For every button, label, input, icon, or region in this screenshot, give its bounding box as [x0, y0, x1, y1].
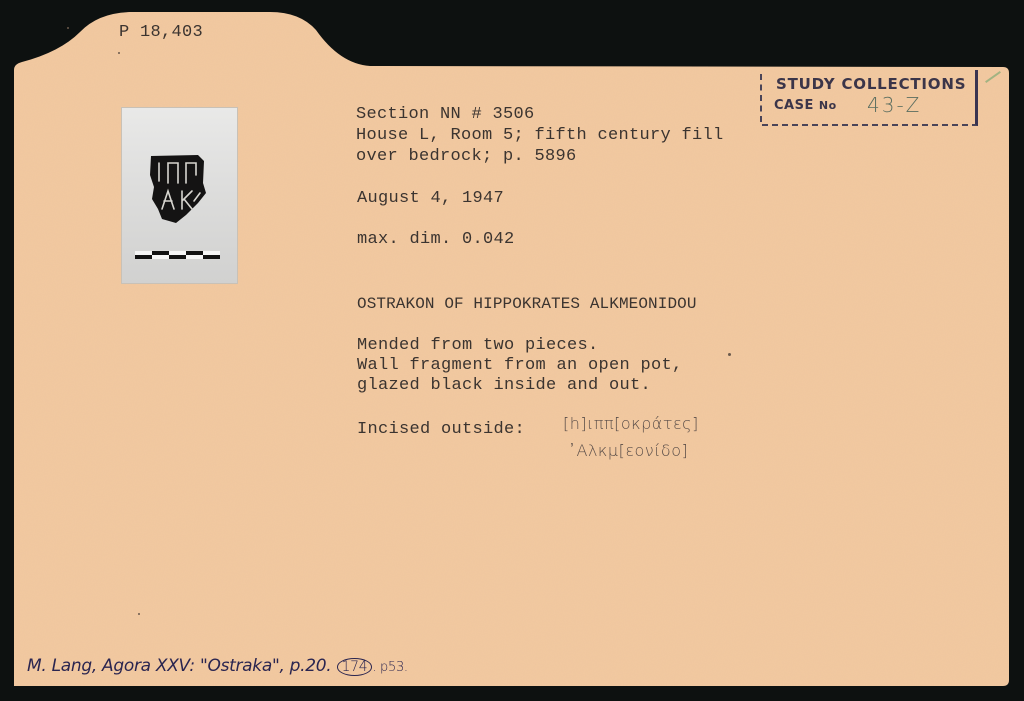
case-label: CASE	[774, 98, 814, 113]
incised-label: Incised outside:	[357, 419, 525, 440]
bibliography-note: M. Lang, Agora XXV: "Ostraka", p.20. 174…	[27, 656, 408, 676]
description-line: glazed black inside and out.	[357, 376, 683, 396]
context-line-2: over bedrock; p. 5896	[356, 146, 724, 167]
excavation-date: August 4, 1947	[357, 188, 504, 209]
inscription-line-1: [h]ιππ[οκράτες]	[563, 414, 699, 433]
catalog-number: P 18,403	[119, 22, 203, 43]
stamp-title: STUDY COLLECTIONS	[776, 75, 966, 93]
study-collections-stamp: STUDY COLLECTIONS CASE No 43-Z	[762, 70, 978, 126]
catalog-entry-number: 174	[337, 658, 373, 676]
context-line-1: House L, Room 5; fifth century fill	[356, 125, 724, 146]
stamp-case-label: CASE No	[774, 98, 837, 113]
stamp-border	[760, 74, 762, 122]
inscription-line-2: ᾿Αλκμ[εονίδο]	[568, 441, 688, 460]
sherd-photograph	[121, 107, 238, 284]
paper-speck	[67, 27, 69, 29]
provenance-block: Section NN # 3506House L, Room 5; fifth …	[356, 104, 724, 167]
page-reference: . p53.	[372, 660, 407, 675]
object-description: Mended from two pieces.Wall fragment fro…	[357, 336, 683, 396]
section-number: Section NN # 3506	[356, 104, 724, 125]
description-line: Wall fragment from an open pot,	[357, 356, 683, 376]
ostrakon-image	[148, 153, 208, 225]
object-title: OSTRAKON OF HIPPOKRATES ALKMEONIDOU	[357, 294, 697, 315]
description-line: Mended from two pieces.	[357, 336, 683, 356]
bibliography-text: M. Lang, Agora XXV: "Ostraka", p.20.	[27, 656, 331, 676]
case-number: 43-Z	[867, 93, 921, 117]
paper-speck	[118, 52, 120, 54]
max-dimension: max. dim. 0.042	[357, 229, 515, 250]
case-no-label: No	[819, 99, 837, 112]
paper-speck	[138, 613, 140, 615]
scale-bar	[135, 251, 220, 259]
paper-speck	[728, 353, 731, 356]
